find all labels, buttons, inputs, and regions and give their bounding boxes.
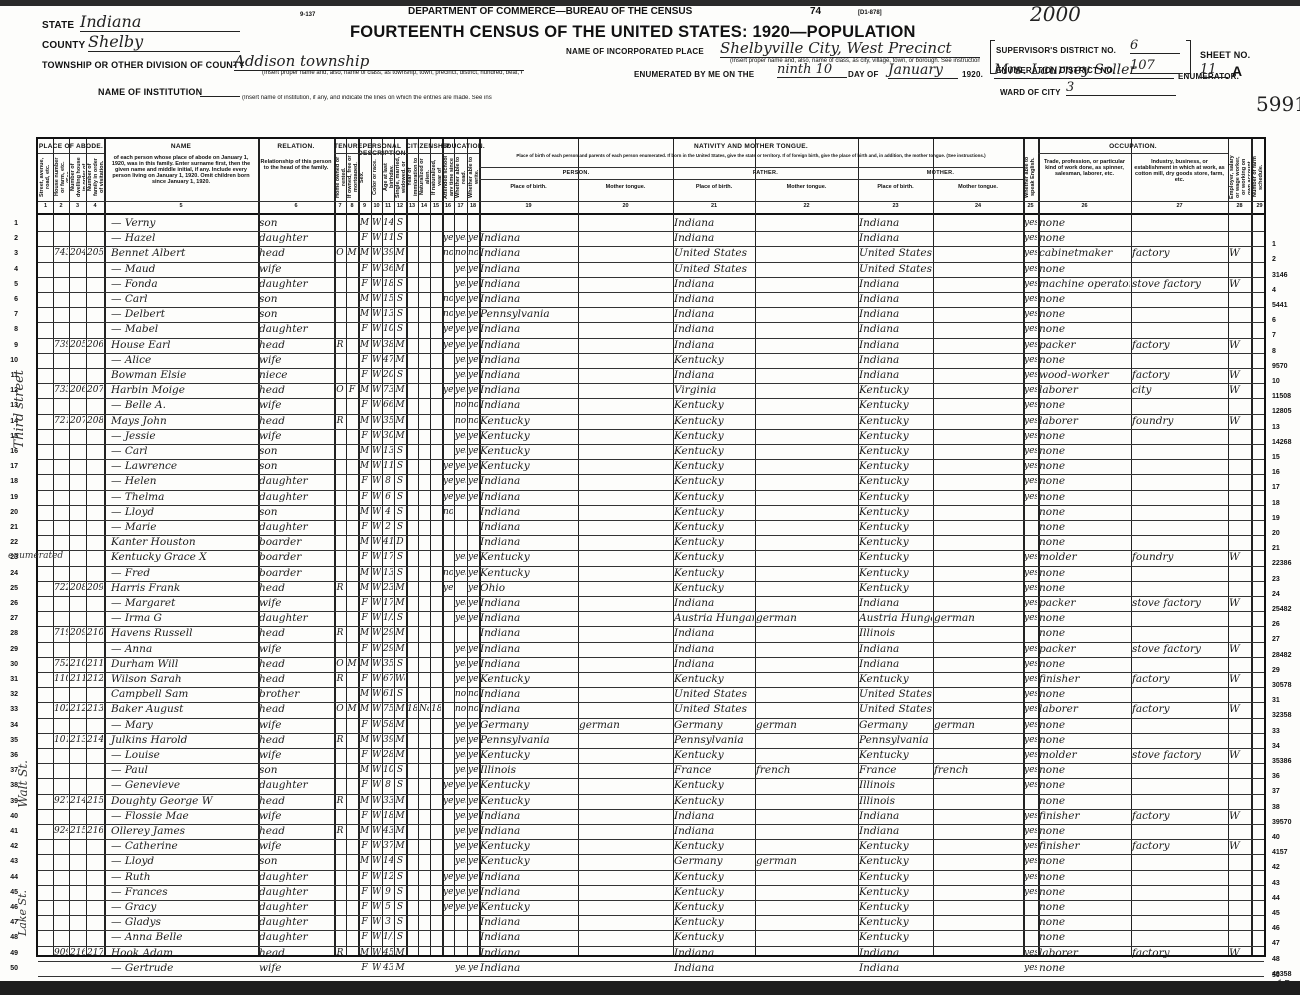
cell-ind: factory bbox=[1132, 839, 1227, 854]
cell-age: 61 bbox=[383, 687, 393, 702]
cell-fpob: Indiana bbox=[674, 338, 754, 353]
cell-school: yes bbox=[443, 383, 453, 398]
cell-own: O bbox=[335, 657, 345, 672]
right-margin-number: 18 bbox=[1272, 500, 1280, 507]
cell-mar: M bbox=[395, 338, 405, 353]
cell-emp: W bbox=[1229, 277, 1250, 292]
cell-eng: yes bbox=[1024, 596, 1037, 611]
cell-pob: Kentucky bbox=[480, 459, 577, 474]
form-code: 9-137 bbox=[300, 12, 315, 18]
state-label-text: State bbox=[42, 20, 74, 31]
cell-pob: Indiana bbox=[480, 231, 577, 246]
cell-read: yes bbox=[455, 763, 466, 778]
cell-trade: none bbox=[1039, 763, 1130, 778]
cell-rel: daughter bbox=[259, 322, 333, 337]
cell-write: yes bbox=[468, 307, 478, 322]
cell-name: Kanter Houston bbox=[105, 535, 263, 550]
cell-name: — Irma G bbox=[105, 611, 263, 626]
cell-school: yes bbox=[443, 459, 453, 474]
column-header-14: Naturalized or alien. bbox=[419, 155, 429, 199]
cell-read: yes bbox=[455, 550, 466, 565]
column-header-29: Number of farm schedule. bbox=[1252, 155, 1267, 199]
cell-mar: S bbox=[395, 307, 405, 322]
cell-dwell: 206 bbox=[70, 383, 85, 398]
cell-dwell: 207 bbox=[70, 414, 85, 429]
cell-emp: W bbox=[1229, 809, 1250, 824]
cell-race: W bbox=[372, 596, 381, 611]
right-margin-number: 34 bbox=[1272, 743, 1280, 750]
cell-pob: Indiana bbox=[480, 383, 577, 398]
right-margin-number: 23 bbox=[1272, 576, 1280, 583]
cell-write: yes bbox=[468, 277, 478, 292]
cell-fpob: France bbox=[674, 763, 754, 778]
right-margin-number: 40 bbox=[1272, 834, 1280, 841]
cell-read: yes bbox=[455, 292, 466, 307]
cell-mpob: Kentucky bbox=[859, 383, 932, 398]
cell-dwell: 205 bbox=[70, 338, 85, 353]
column-header-4: Number of family in order of visitation. bbox=[87, 155, 103, 199]
cell-sex: F bbox=[359, 900, 370, 915]
cell-mpob: Kentucky bbox=[859, 490, 932, 505]
table-row: 721207208Mays JohnheadRMW35MnonoKentucky… bbox=[38, 414, 1264, 429]
cell-pob: Indiana bbox=[480, 398, 577, 413]
cell-dwell: 211 bbox=[70, 672, 85, 687]
cell-sex: M bbox=[359, 657, 370, 672]
cell-race: W bbox=[372, 505, 381, 520]
cell-trade: finisher bbox=[1039, 809, 1130, 824]
cell-dwell: 210 bbox=[70, 657, 85, 672]
cell-trade: none bbox=[1039, 885, 1130, 900]
cell-trade: none bbox=[1039, 778, 1130, 793]
table-row: — MabeldaughterFW10SyesyesyesIndianaIndi… bbox=[38, 322, 1264, 337]
cell-fpob: Indiana bbox=[674, 626, 754, 641]
column-header-13: Year of immigration to the United States… bbox=[407, 155, 417, 199]
cell-pob: Indiana bbox=[480, 885, 577, 900]
cell-sex: M bbox=[359, 794, 370, 809]
column-header-10: Color or race. bbox=[372, 155, 381, 199]
cell-name: — Lawrence bbox=[105, 459, 263, 474]
cell-mar: M bbox=[395, 718, 405, 733]
cell-name: Durham Will bbox=[105, 657, 263, 672]
column-header-11: Age at last birthday. bbox=[383, 155, 393, 199]
cell-race: W bbox=[372, 550, 381, 565]
cell-write: yes bbox=[468, 672, 478, 687]
column-header-6: Relationship of this person to the head … bbox=[260, 159, 332, 199]
line-number: 24 bbox=[4, 570, 18, 577]
cell-read: yes bbox=[455, 657, 466, 672]
cell-pob: Kentucky bbox=[480, 550, 577, 565]
column-number: 21 bbox=[673, 203, 755, 209]
cell-age: 13 bbox=[383, 566, 393, 581]
cell-rel: boarder bbox=[259, 550, 333, 565]
cell-mpob: Indiana bbox=[859, 277, 932, 292]
cell-own: R bbox=[335, 824, 345, 839]
cell-rel: wife bbox=[259, 262, 333, 277]
cell-write: no bbox=[468, 246, 478, 261]
cell-eng: yes bbox=[1024, 474, 1037, 489]
cell-pob: Indiana bbox=[480, 292, 577, 307]
group-heading-abode: PLACE OF ABODE. bbox=[38, 143, 104, 150]
line-number: 8 bbox=[4, 326, 18, 333]
cell-own: O bbox=[335, 246, 345, 261]
table-row: — AlicewifeFW47MyesyesIndianaKentuckyInd… bbox=[38, 353, 1264, 368]
cell-eng: yes bbox=[1024, 657, 1037, 672]
cell-name: — Verny bbox=[105, 216, 263, 231]
cell-sex: F bbox=[359, 474, 370, 489]
cell-name: — Ruth bbox=[105, 870, 263, 885]
cell-trade: none bbox=[1039, 292, 1130, 307]
right-margin-number: 45 bbox=[1272, 910, 1280, 917]
cell-mort: F bbox=[347, 383, 357, 398]
cell-own: O bbox=[335, 383, 345, 398]
cell-pob: Indiana bbox=[480, 870, 577, 885]
column-number: 14 bbox=[418, 203, 430, 209]
cell-name: — Anna bbox=[105, 642, 263, 657]
cell-mpob: Illinois bbox=[859, 794, 932, 809]
cell-pob: Indiana bbox=[480, 930, 577, 945]
cell-trade: none bbox=[1039, 900, 1130, 915]
group-heading-rule bbox=[442, 153, 479, 154]
table-row: — MariedaughterFW2SIndianaKentuckyKentuc… bbox=[38, 520, 1264, 535]
line-number: 27 bbox=[4, 615, 18, 622]
street-note-upper: Third street bbox=[12, 370, 27, 449]
subgroup-rule bbox=[673, 167, 858, 168]
cell-race: W bbox=[372, 338, 381, 353]
cell-fam: 210 bbox=[87, 626, 103, 641]
cell-pob: Kentucky bbox=[480, 778, 577, 793]
cell-fpob: Indiana bbox=[674, 946, 754, 961]
cell-trade: none bbox=[1039, 566, 1130, 581]
cell-trade: laborer bbox=[1039, 946, 1130, 961]
cell-pob: Indiana bbox=[480, 702, 577, 717]
cell-mpob: Indiana bbox=[859, 946, 932, 961]
nativity-instructions: Place of birth of each person and parent… bbox=[484, 153, 1018, 159]
cell-dwell: 216 bbox=[70, 946, 85, 961]
incorporated-label: Name of incorporated place bbox=[566, 47, 704, 56]
cell-sex: F bbox=[359, 961, 370, 976]
cell-write: yes bbox=[468, 642, 478, 657]
table-row: 722208209Harris FrankheadRMW23MyesyesOhi… bbox=[38, 581, 1264, 596]
cell-sex: M bbox=[359, 307, 370, 322]
cell-own: R bbox=[335, 672, 345, 687]
cell-school: yes bbox=[443, 322, 453, 337]
column-header-19: Place of birth. bbox=[481, 184, 576, 198]
sheet-label: Sheet No. bbox=[1200, 50, 1250, 60]
street-note-lower: Walt St. bbox=[16, 760, 30, 808]
cell-school: no bbox=[443, 566, 453, 581]
cell-rel: son bbox=[259, 854, 333, 869]
cell-ind: stove factory bbox=[1132, 277, 1227, 292]
cell-race: W bbox=[372, 642, 381, 657]
table-row: 752210211Durham WillheadOMMW35SyesyesInd… bbox=[38, 657, 1264, 672]
group-heading-name: NAME bbox=[104, 143, 258, 150]
cell-read: yes bbox=[455, 870, 466, 885]
column-number: 4 bbox=[86, 203, 104, 209]
right-margin-number: 15 bbox=[1272, 454, 1280, 461]
cell-emp: W bbox=[1229, 246, 1250, 261]
cell-write: yes bbox=[468, 566, 478, 581]
cell-age: 8 bbox=[383, 474, 393, 489]
cell-race: W bbox=[372, 322, 381, 337]
cell-write: yes bbox=[468, 657, 478, 672]
cell-mar: S bbox=[395, 763, 405, 778]
cell-eng: yes bbox=[1024, 748, 1037, 763]
column-number: 19 bbox=[479, 203, 578, 209]
table-row: 733206207Harbin MoigeheadOFMW73Myesyesye… bbox=[38, 383, 1264, 398]
cell-pob: Indiana bbox=[480, 338, 577, 353]
cell-mpob: Indiana bbox=[859, 642, 932, 657]
cell-race: W bbox=[372, 915, 381, 930]
cell-fpob: Indiana bbox=[674, 216, 754, 231]
cell-mpob: Kentucky bbox=[859, 854, 932, 869]
cell-age: 33 bbox=[383, 794, 393, 809]
cell-mar: S bbox=[395, 292, 405, 307]
cell-write: yes bbox=[468, 885, 478, 900]
line-number: 42 bbox=[4, 843, 18, 850]
table-row: — FredboarderMW13SnoyesyesKentuckyKentuc… bbox=[38, 566, 1264, 581]
cell-dwell: 204 bbox=[70, 246, 85, 261]
cell-name: — Marie bbox=[105, 520, 263, 535]
subgroup-rule bbox=[858, 179, 1023, 180]
cell-school: yes bbox=[443, 900, 453, 915]
cell-sex: F bbox=[359, 231, 370, 246]
right-margin-number: 27 bbox=[1272, 636, 1280, 643]
cell-sex: F bbox=[359, 429, 370, 444]
enumerated-note: enumerated bbox=[8, 551, 63, 561]
cell-read: yes bbox=[455, 231, 466, 246]
cell-race: W bbox=[372, 946, 381, 961]
cell-rel: daughter bbox=[259, 885, 333, 900]
table-row: — MaudwifeFW36MyesyesIndianaUnited State… bbox=[38, 262, 1264, 277]
cell-mar: M bbox=[395, 794, 405, 809]
cell-ind: factory bbox=[1132, 809, 1227, 824]
cell-name: — Flossie Mae bbox=[105, 809, 263, 824]
cell-eng: yes bbox=[1024, 322, 1037, 337]
supervisor-label: Supervisor's District No. bbox=[996, 46, 1116, 55]
cell-house: 739 bbox=[54, 338, 68, 353]
cell-write: no bbox=[468, 702, 478, 717]
cell-fpob: Kentucky bbox=[674, 429, 754, 444]
table-row: — CatherinewifeFW37MyesyesKentuckyKentuc… bbox=[38, 839, 1264, 854]
cell-fmt: german bbox=[756, 611, 857, 626]
cell-school: no bbox=[443, 307, 453, 322]
cell-sex: M bbox=[359, 414, 370, 429]
cell-fpob: Indiana bbox=[674, 292, 754, 307]
cell-read: no bbox=[455, 398, 466, 413]
cell-write: yes bbox=[468, 718, 478, 733]
stamp-number: 74 bbox=[810, 6, 821, 17]
cell-trade: none bbox=[1039, 733, 1130, 748]
cell-name: Havens Russell bbox=[105, 626, 263, 641]
right-margin-number: 42 bbox=[1272, 864, 1280, 871]
group-heading-rule bbox=[1038, 153, 1228, 154]
cell-name: — Jessie bbox=[105, 429, 263, 444]
cell-fpob: Kentucky bbox=[674, 459, 754, 474]
cell-trade: molder bbox=[1039, 550, 1130, 565]
cell-mar: S bbox=[395, 505, 405, 520]
cell-race: W bbox=[372, 748, 381, 763]
cell-mar: S bbox=[395, 474, 405, 489]
cell-race: W bbox=[372, 383, 381, 398]
cell-write: yes bbox=[468, 231, 478, 246]
cell-mar: M bbox=[395, 383, 405, 398]
cell-sex: M bbox=[359, 216, 370, 231]
cell-eng: yes bbox=[1024, 642, 1037, 657]
cell-rel: head bbox=[259, 672, 333, 687]
group-heading-rule bbox=[358, 153, 406, 154]
cell-sex: F bbox=[359, 277, 370, 292]
table-row: — DelbertsonMW13SnoyesyesPennsylvaniaInd… bbox=[38, 307, 1264, 322]
cell-read: yes bbox=[455, 854, 466, 869]
row-rule bbox=[38, 976, 1264, 977]
cell-sex: M bbox=[359, 459, 370, 474]
cell-fpob: Virginia bbox=[674, 383, 754, 398]
cell-emp: W bbox=[1229, 702, 1250, 717]
cell-mar: S bbox=[395, 231, 405, 246]
cell-house: 1017 bbox=[54, 733, 68, 748]
cell-pob: Indiana bbox=[480, 946, 577, 961]
cell-name: Ollerey James bbox=[105, 824, 263, 839]
cell-rel: head bbox=[259, 657, 333, 672]
cell-race: W bbox=[372, 398, 381, 413]
cell-pob: Indiana bbox=[480, 642, 577, 657]
cell-race: W bbox=[372, 885, 381, 900]
cell-rel: son bbox=[259, 307, 333, 322]
census-table: PLACE OF ABODE.NAMERELATION.TENURE.PERSO… bbox=[36, 137, 1266, 957]
cell-pob: Indiana bbox=[480, 505, 577, 520]
cell-age: 29 bbox=[383, 626, 393, 641]
cell-race: W bbox=[372, 657, 381, 672]
cell-rel: head bbox=[259, 626, 333, 641]
cell-mpob: Indiana bbox=[859, 809, 932, 824]
cell-mar: S bbox=[395, 854, 405, 869]
cell-mar: M bbox=[395, 702, 405, 717]
cell-read: yes bbox=[455, 474, 466, 489]
cell-fpob: Kentucky bbox=[674, 839, 754, 854]
right-margin-number: 30578 bbox=[1272, 682, 1291, 689]
cell-rel: daughter bbox=[259, 277, 333, 292]
cell-pob: Indiana bbox=[480, 611, 577, 626]
cell-sex: M bbox=[359, 824, 370, 839]
cell-ind: factory bbox=[1132, 946, 1227, 961]
cell-pob: Indiana bbox=[480, 596, 577, 611]
cell-write: yes bbox=[468, 778, 478, 793]
column-number: 29 bbox=[1251, 203, 1268, 209]
cell-eng: yes bbox=[1024, 566, 1037, 581]
cell-trade: none bbox=[1039, 520, 1130, 535]
table-row: — VernysonMW14SIndianaIndianayesnone bbox=[38, 216, 1264, 231]
line-number: 6 bbox=[4, 296, 18, 303]
column-header-22: Mother tongue. bbox=[757, 184, 856, 198]
group-heading-citizenship: CITIZENSHIP. bbox=[406, 143, 442, 150]
table-row: — LloydsonMW14SyesyesKentuckyGermanygerm… bbox=[38, 854, 1264, 869]
cell-mar: Wd bbox=[395, 672, 405, 687]
cell-race: W bbox=[372, 870, 381, 885]
cell-rel: wife bbox=[259, 839, 333, 854]
column-number: 3 bbox=[69, 203, 86, 209]
cell-name: — Alice bbox=[105, 353, 263, 368]
cell-trade: none bbox=[1039, 474, 1130, 489]
cell-trade: packer bbox=[1039, 338, 1130, 353]
cell-trade: molder bbox=[1039, 748, 1130, 763]
cell-pob: Kentucky bbox=[480, 839, 577, 854]
right-margin-number: 37 bbox=[1272, 788, 1280, 795]
cell-rel: head bbox=[259, 946, 333, 961]
line-number: 5 bbox=[4, 281, 18, 288]
cell-age: 73 bbox=[383, 383, 393, 398]
cell-name: — Frances bbox=[105, 885, 263, 900]
column-header-28: Employer, salary or wage worker, or work… bbox=[1229, 155, 1250, 199]
cell-own: O bbox=[335, 702, 345, 717]
cell-fam: 205 bbox=[87, 246, 103, 261]
cell-sex: F bbox=[359, 748, 370, 763]
column-header-3: Number of dwelling house in order of vis… bbox=[70, 155, 85, 199]
cell-eng: yes bbox=[1024, 338, 1037, 353]
cell-sex: M bbox=[359, 292, 370, 307]
cell-mar: M bbox=[395, 353, 405, 368]
header-divider bbox=[38, 213, 1264, 215]
cell-fpob: Kentucky bbox=[674, 794, 754, 809]
cell-mpob: United States bbox=[859, 262, 932, 277]
cell-fpob: United States bbox=[674, 702, 754, 717]
cell-fpob: Kentucky bbox=[674, 566, 754, 581]
table-row: Bowman ElsienieceFW20SyesyesIndianaIndia… bbox=[38, 368, 1264, 383]
cell-trade: none bbox=[1039, 626, 1130, 641]
cell-own: R bbox=[335, 414, 345, 429]
cell-mpob: Indiana bbox=[859, 353, 932, 368]
cell-fpob: Germany bbox=[674, 718, 754, 733]
cell-pob: Indiana bbox=[480, 961, 577, 976]
cell-age: 13 bbox=[383, 307, 393, 322]
table-row: — JessiewifeFW30MyesyesKentuckyKentuckyK… bbox=[38, 429, 1264, 444]
cell-fpob: Kentucky bbox=[674, 748, 754, 763]
cell-emp: W bbox=[1229, 596, 1250, 611]
cell-name: Wilson Sarah bbox=[105, 672, 263, 687]
cell-eng: yes bbox=[1024, 611, 1037, 626]
cell-trade: none bbox=[1039, 444, 1130, 459]
line-number: 35 bbox=[4, 737, 18, 744]
cell-pob: Indiana bbox=[480, 657, 577, 672]
cell-mmt: german bbox=[934, 718, 1022, 733]
township-hint: (Insert proper name and, also, name of c… bbox=[262, 70, 522, 76]
column-number: 10 bbox=[371, 203, 382, 209]
cell-fpob: Kentucky bbox=[674, 353, 754, 368]
cell-age: 30 bbox=[383, 429, 393, 444]
cell-trade: none bbox=[1039, 490, 1130, 505]
cell-race: W bbox=[372, 459, 381, 474]
cell-write: yes bbox=[468, 900, 478, 915]
district-bracket-left bbox=[990, 40, 995, 74]
cell-name: — Anna Belle bbox=[105, 930, 263, 945]
cell-age: 37 bbox=[383, 839, 393, 854]
cell-fpob: Indiana bbox=[674, 824, 754, 839]
cell-sex: F bbox=[359, 520, 370, 535]
column-number: 25 bbox=[1023, 203, 1038, 209]
cell-mpob: Kentucky bbox=[859, 550, 932, 565]
cell-house: 1023 bbox=[54, 702, 68, 717]
cell-fpob: Indiana bbox=[674, 322, 754, 337]
cell-write: yes bbox=[468, 353, 478, 368]
column-header-27: Industry, business, or establishment in … bbox=[1133, 159, 1226, 199]
cell-mar: S bbox=[395, 687, 405, 702]
table-row: 927214215Doughty George WheadRMW33Myesye… bbox=[38, 794, 1264, 809]
cell-write: yes bbox=[468, 383, 478, 398]
cell-mar: M bbox=[395, 398, 405, 413]
right-margin-number: 1 bbox=[1272, 241, 1276, 248]
column-header-23: Place of birth. bbox=[860, 184, 931, 198]
cell-age: 58 bbox=[383, 718, 393, 733]
cell-rel: niece bbox=[259, 368, 333, 383]
